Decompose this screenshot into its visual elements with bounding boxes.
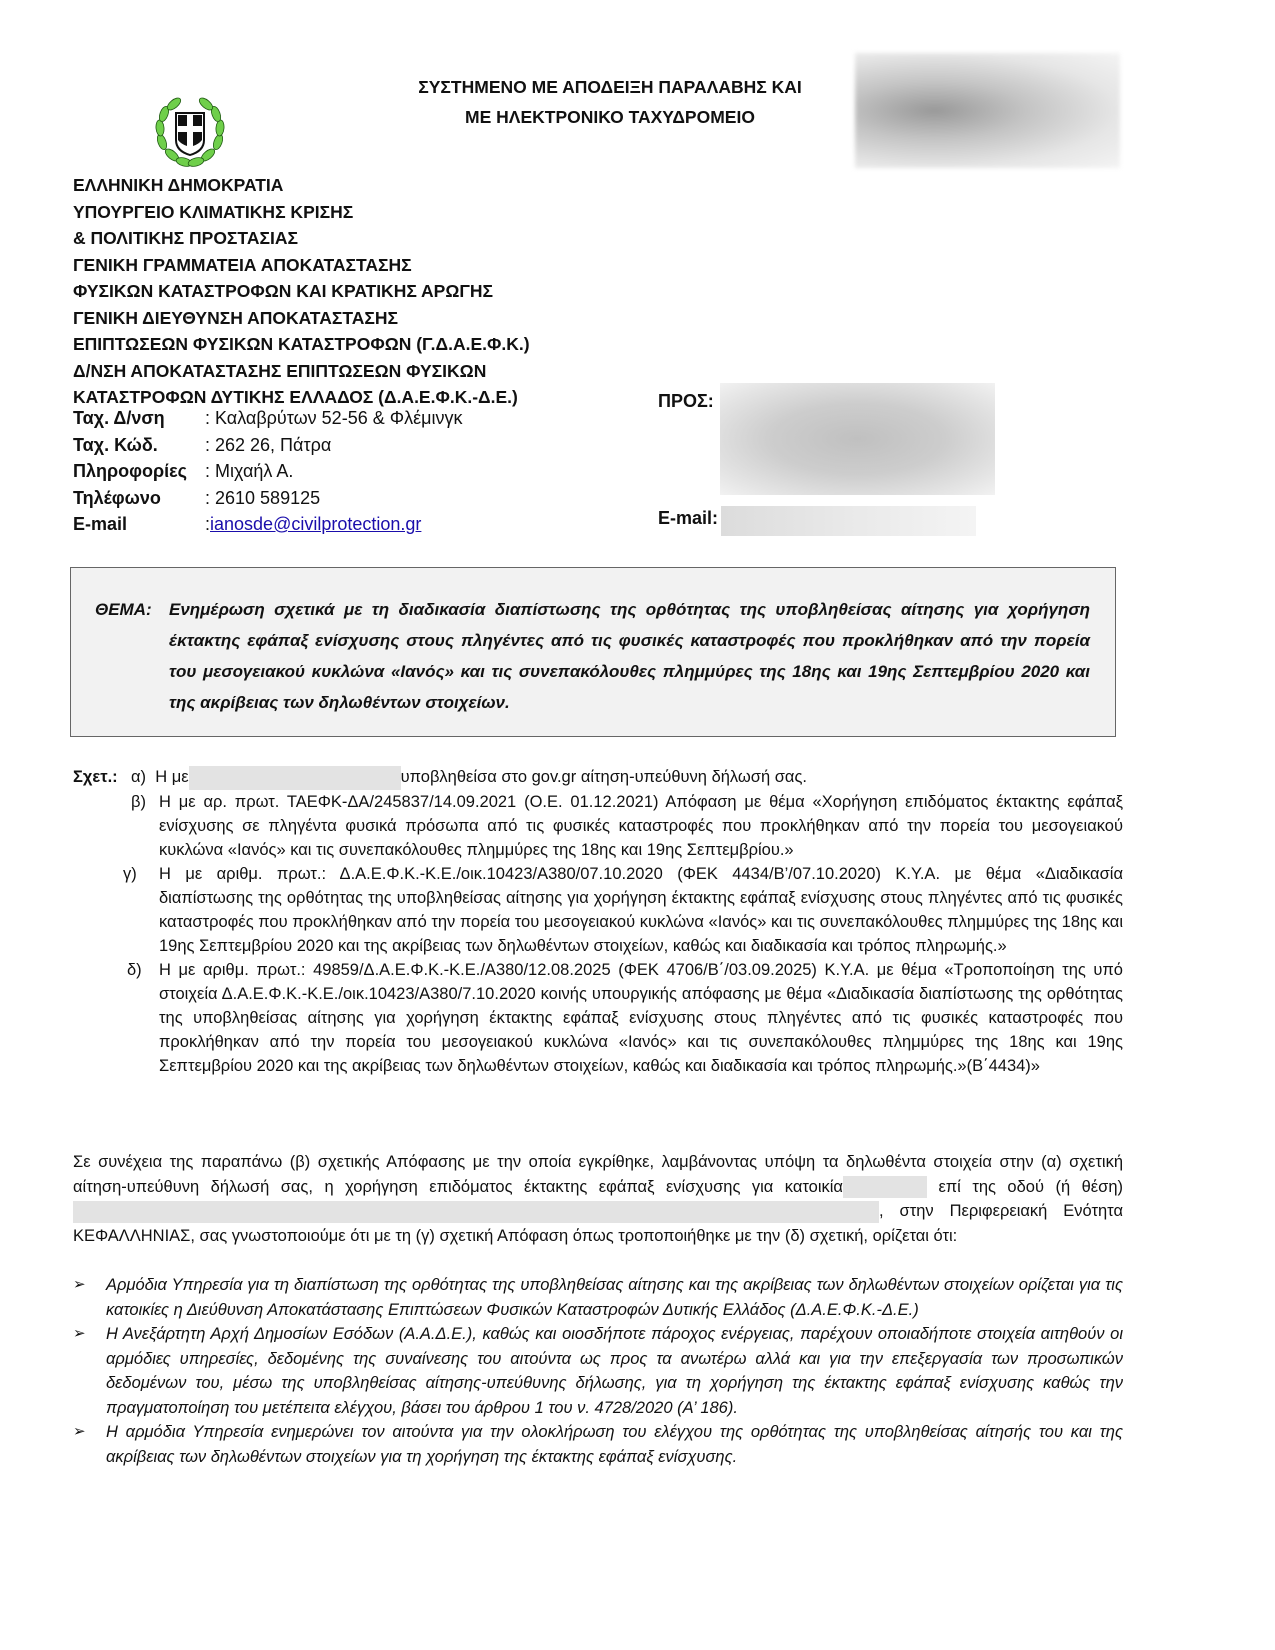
email-row: E-mail : ianosde@civilprotection.gr <box>73 511 462 538</box>
issuing-authority: ΕΛΛΗΝΙΚΗ ΔΗΜΟΚΡΑΤΙΑ ΥΠΟΥΡΓΕΙΟ ΚΛΙΜΑΤΙΚΗΣ… <box>73 172 530 411</box>
list-item: ➢ Η αρμόδια Υπηρεσία ενημερώνει τον αιτο… <box>73 1420 1123 1469</box>
address-row: Ταχ. Δ/νση : Καλαβρύτων 52-56 & Φλέμινγκ <box>73 405 462 432</box>
phone-row: Τηλέφωνο : 2610 589125 <box>73 485 462 512</box>
redacted-application-id <box>189 766 401 790</box>
list-item: ➢ Αρμόδια Υπηρεσία για τη διαπίστωση της… <box>73 1273 1123 1322</box>
delivery-method-heading: ΣΥΣΤΗΜΕΝΟ ΜΕ ΑΠΟΔΕΙΞΗ ΠΑΡΑΛΑΒΗΣ ΚΑΙ ΜΕ Η… <box>380 72 840 132</box>
redacted-recipient <box>720 383 995 495</box>
recipient-email-label: E-mail: <box>658 508 718 529</box>
contact-details: Ταχ. Δ/νση : Καλαβρύτων 52-56 & Φλέμινγκ… <box>73 405 462 538</box>
references-section: Σχετ.: α) Η μευποβληθείσα στο gov.gr αίτ… <box>73 765 1123 1078</box>
redacted-protocol-block <box>855 53 1120 168</box>
arrowhead-bullet-icon: ➢ <box>73 1420 86 1445</box>
greek-coat-of-arms-icon <box>150 92 230 172</box>
redacted-property-id <box>843 1176 927 1198</box>
subject-text: Ενημέρωση σχετικά με τη διαδικασία διαπί… <box>169 594 1090 718</box>
reference-c: γ) Η με αριθμ. πρωτ.: Δ.Α.Ε.Φ.Κ.-Κ.Ε./οι… <box>131 862 1123 958</box>
arrowhead-bullet-icon: ➢ <box>73 1273 86 1298</box>
email-link[interactable]: ianosde@civilprotection.gr <box>210 511 421 538</box>
references-label: Σχετ.: <box>73 765 118 789</box>
subject-label: ΘΕΜΑ: <box>95 594 152 625</box>
redacted-address <box>73 1201 879 1223</box>
body-paragraph: Σε συνέχεια της παραπάνω (β) σχετικής Απ… <box>73 1150 1123 1248</box>
list-item: ➢ Η Ανεξάρτητη Αρχή Δημοσίων Εσόδων (Α.Α… <box>73 1322 1123 1420</box>
postcode-row: Ταχ. Κώδ. : 262 26, Πάτρα <box>73 432 462 459</box>
reference-a: α) Η μευποβληθείσα στο gov.gr αίτηση-υπε… <box>131 765 1123 790</box>
subject-box: ΘΕΜΑ: Ενημέρωση σχετικά με τη διαδικασία… <box>70 567 1116 737</box>
arrowhead-bullet-icon: ➢ <box>73 1322 86 1347</box>
redacted-recipient-email <box>721 506 976 536</box>
info-row: Πληροφορίες : Μιχαήλ Α. <box>73 458 462 485</box>
reference-d: δ) Η με αριθμ. πρωτ.: 49859/Δ.Α.Ε.Φ.Κ.-Κ… <box>131 958 1123 1078</box>
recipient-label: ΠΡΟΣ: <box>658 391 714 412</box>
provisions-list: ➢ Αρμόδια Υπηρεσία για τη διαπίστωση της… <box>73 1273 1123 1469</box>
reference-b: β) Η με αρ. πρωτ. ΤΑΕΦΚ-ΔΑ/245837/14.09.… <box>131 790 1123 862</box>
